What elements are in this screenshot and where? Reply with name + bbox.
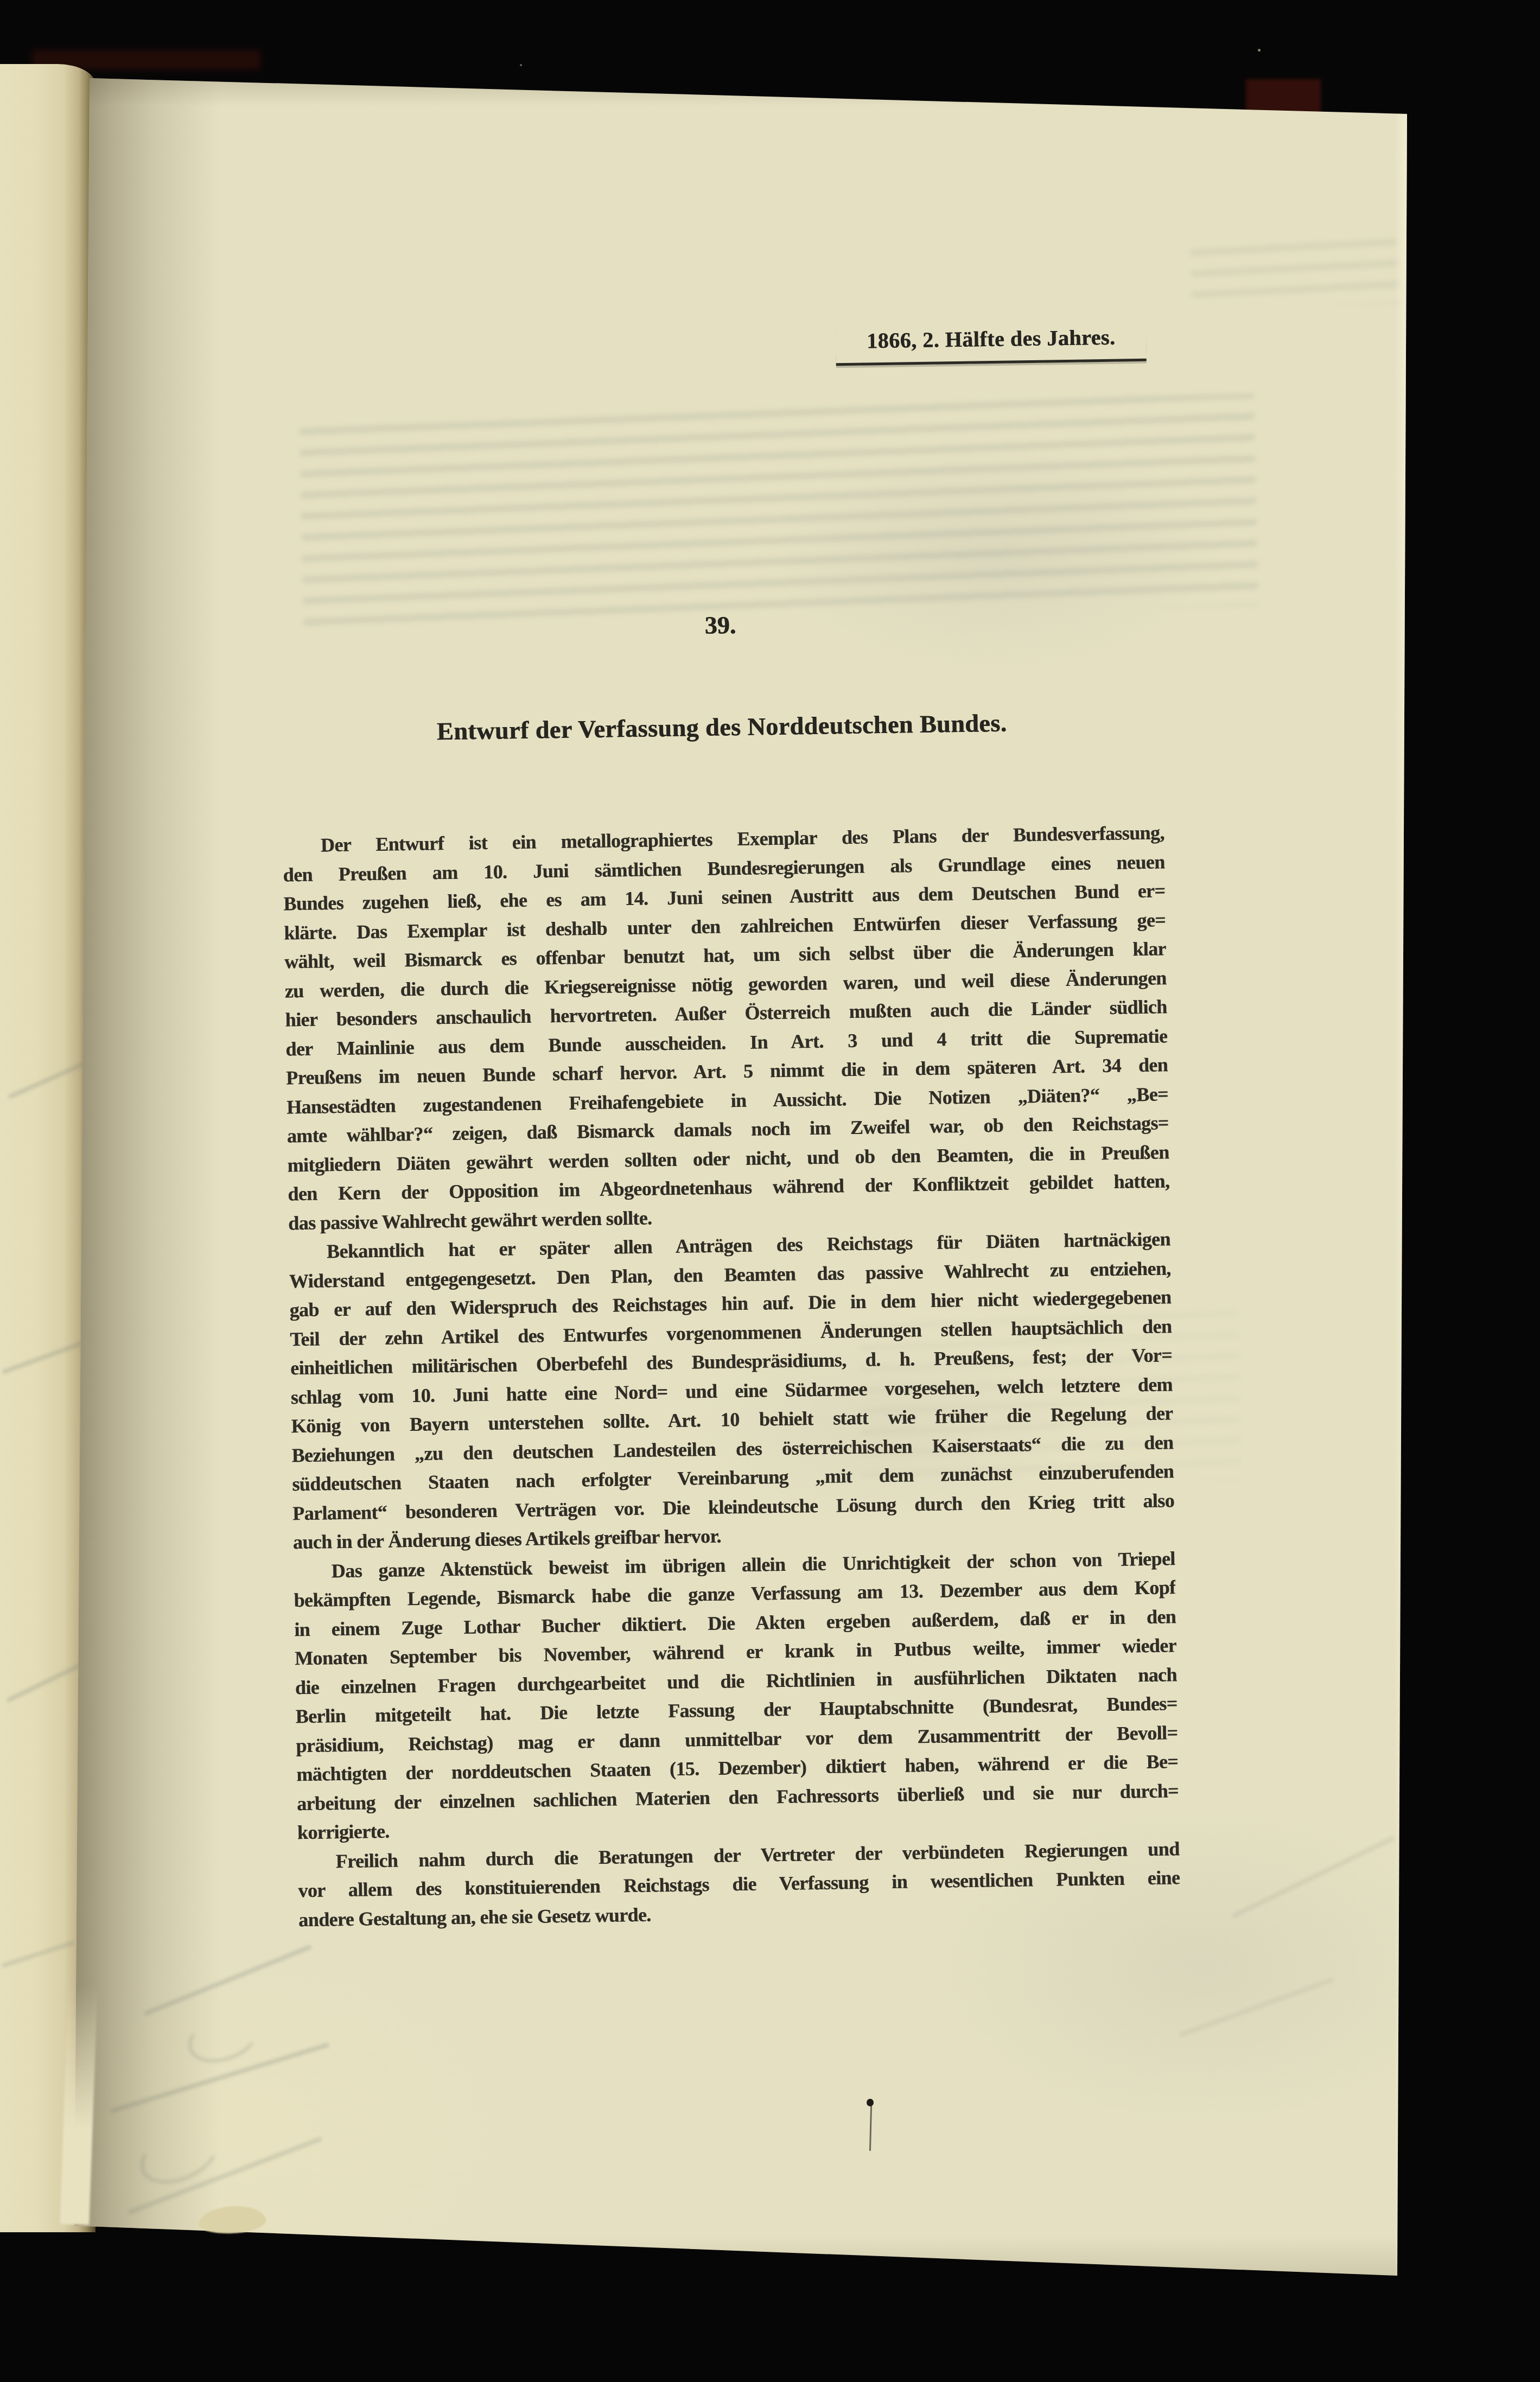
dust-speck [1258, 49, 1261, 52]
dust-speck [520, 64, 522, 66]
handwriting-stroke [1, 1941, 74, 1968]
section-number: 39. [279, 604, 1162, 646]
book-page: 1866, 2. Hälfte des Jahres. 39. Entwurf … [73, 68, 1408, 2279]
handwriting-stroke [7, 1663, 81, 1702]
running-head: 1866, 2. Hälfte des Jahres. [836, 324, 1147, 366]
scanned-book-page: 1866, 2. Hälfte des Jahres. 39. Entwurf … [0, 0, 1540, 2382]
printed-content: 1866, 2. Hälfte des Jahres. 39. Entwurf … [57, 59, 1424, 2289]
binding-red-sliver [1246, 79, 1321, 114]
handwriting-stroke [8, 1062, 84, 1099]
handwriting-stroke [2, 1341, 85, 1374]
body-text: Der Entwurf ist ein metallographiertes E… [282, 818, 1180, 1934]
page-title: Entwurf der Verfassung des Norddeutschen… [281, 705, 1163, 749]
